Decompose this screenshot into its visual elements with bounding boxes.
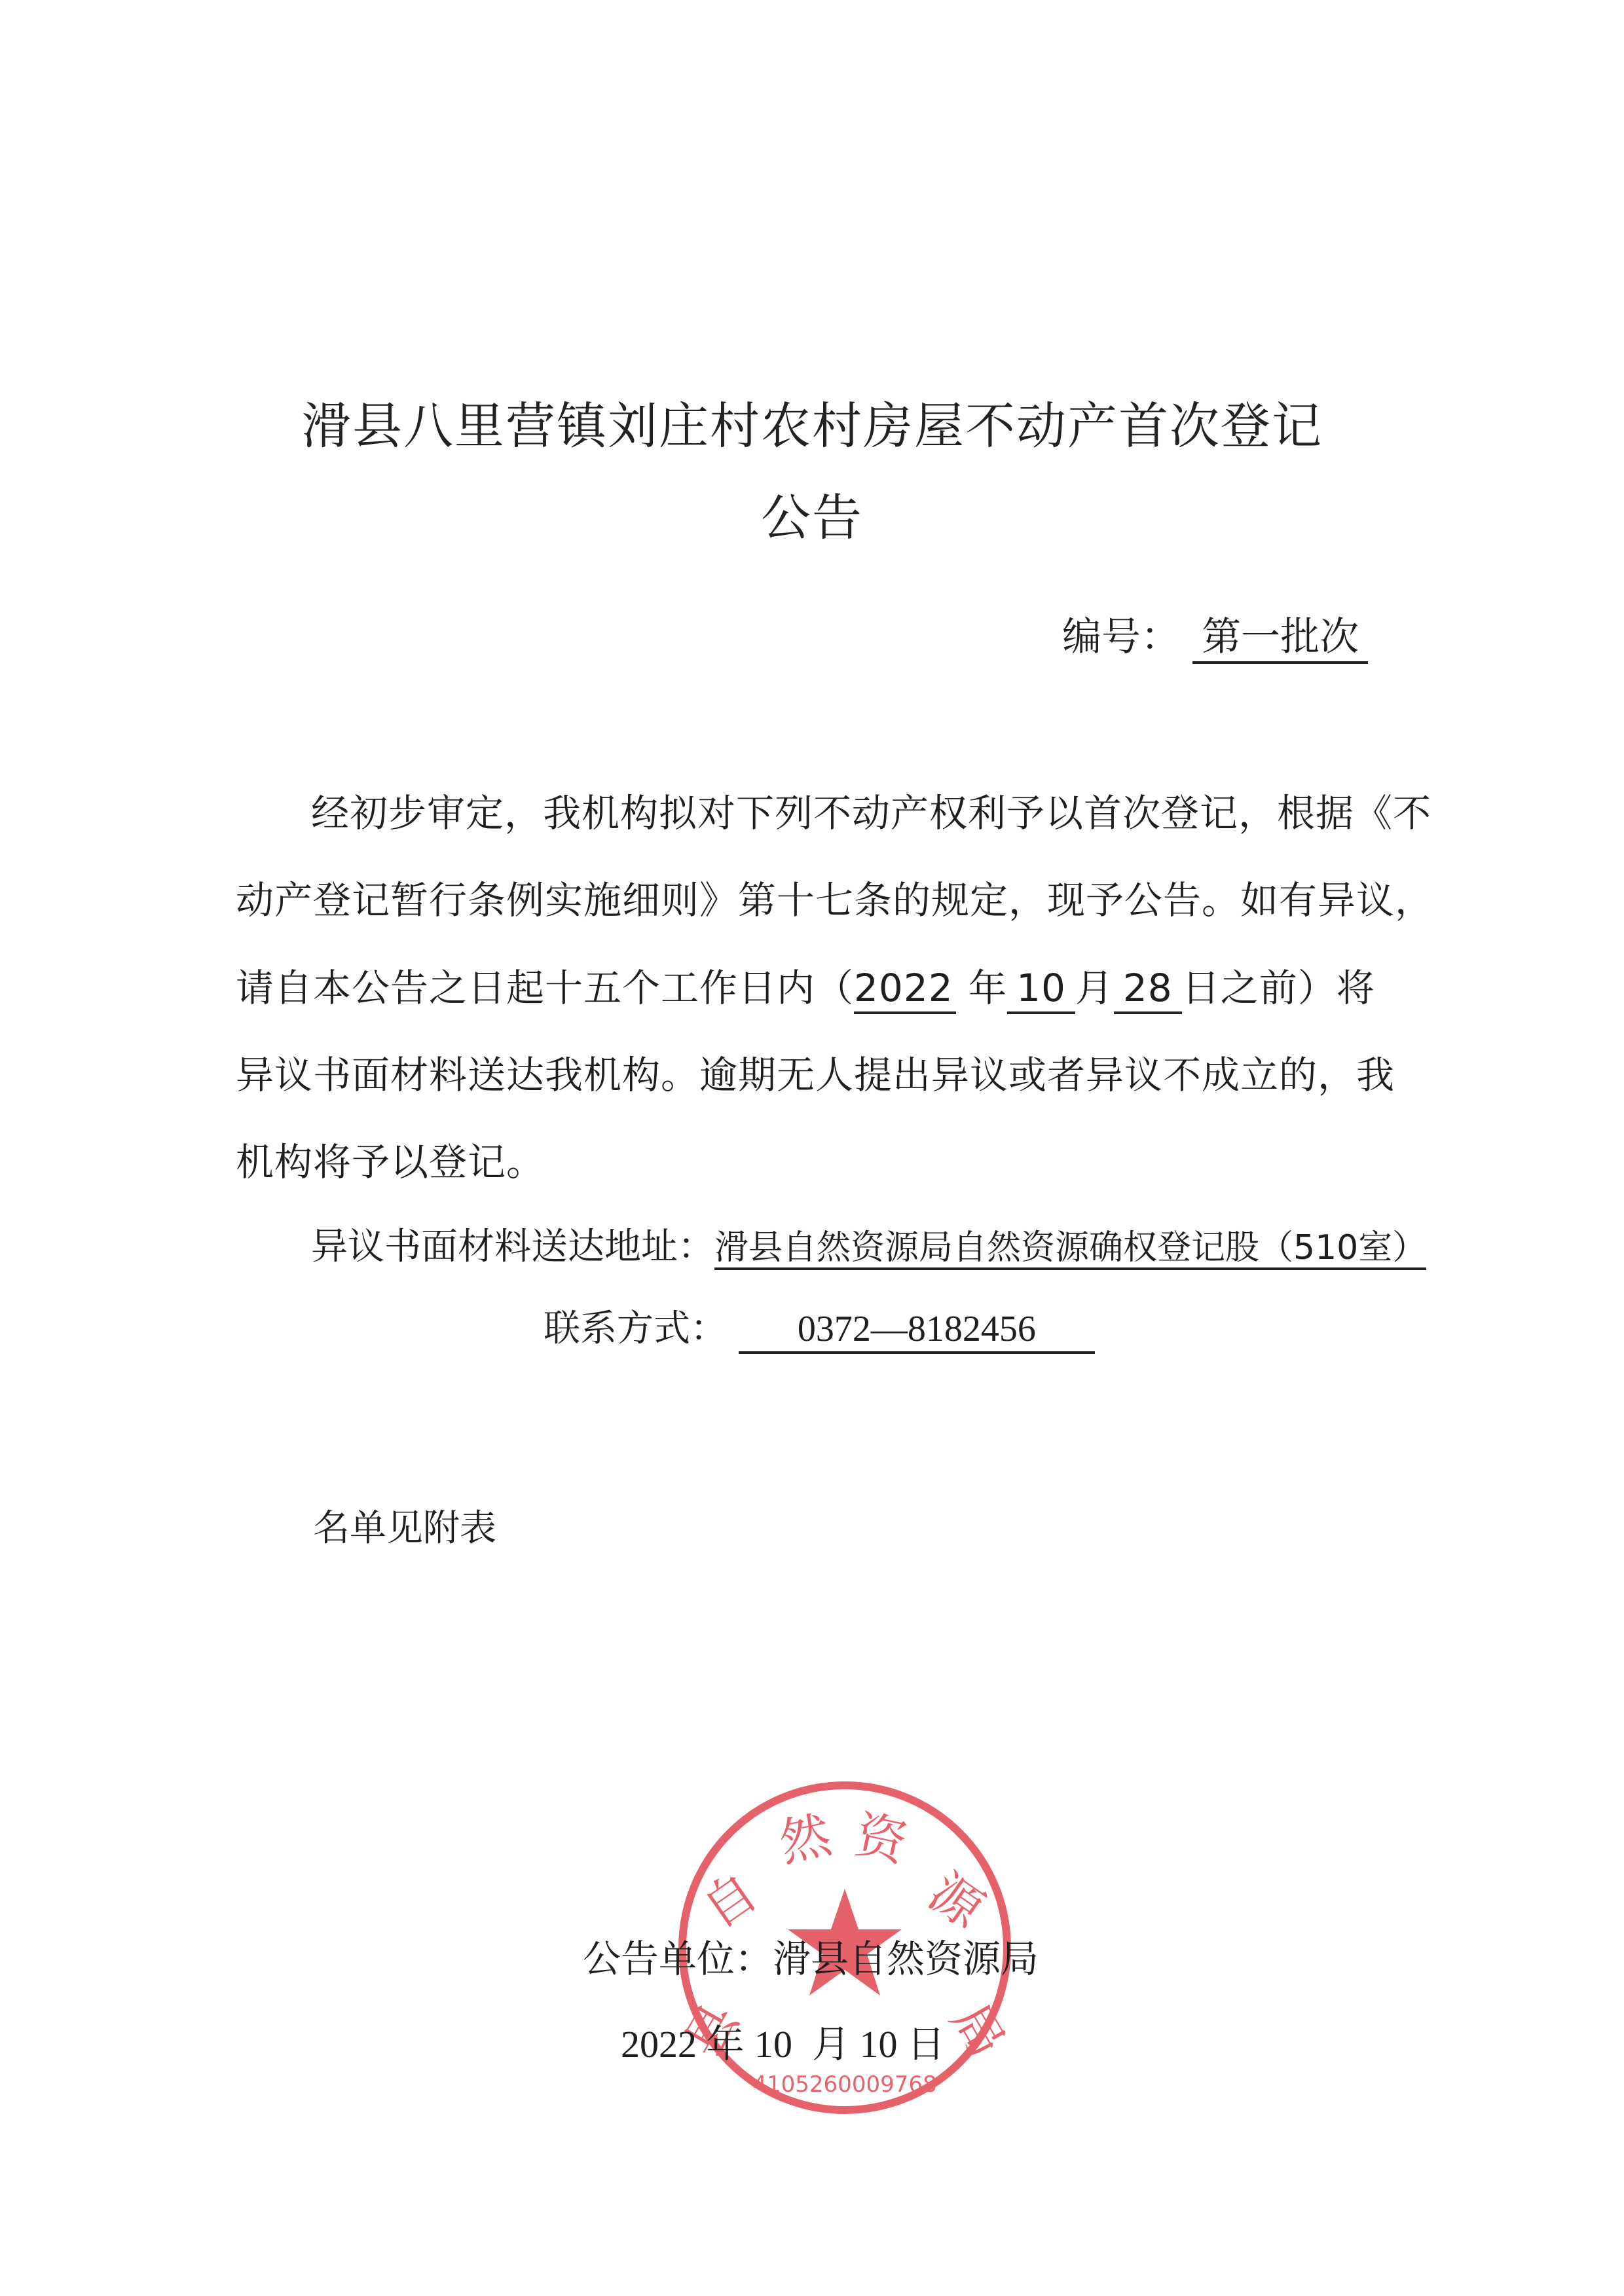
issue-month-unit: 月 [812,2023,850,2066]
deadline-month: 10 [1007,966,1075,1014]
contact-info: 联系方式： 0372—8182456 [544,1300,1095,1354]
year-unit: 年 [969,966,1007,1010]
month-unit: 月 [1075,966,1114,1010]
issuer-value: 滑县自然资源局 [773,1937,1039,1981]
contact-label: 联系方式： [544,1307,727,1350]
deadline-suffix: 日之前）将 [1182,966,1375,1010]
issue-day: 10 [860,2023,898,2066]
attachment-note: 名单见附表 [313,1499,496,1552]
issue-month: 10 [754,2022,793,2066]
document-number: 编号： 第一批次 [1062,606,1368,662]
body-line-1: 经初步审定，我机构拟对下列不动产权利予以首次登记，根据《不 [311,782,1431,837]
issue-day-unit: 日 [907,2023,945,2066]
document-title: 滑县八里营镇刘庄村农村房屋不动产首次登记 [0,386,1624,458]
address-value: 滑县自然资源局自然资源确权登记股（510室） [714,1228,1426,1270]
body-line-5: 机构将予以登记。 [236,1131,545,1186]
issue-year: 2022 [621,2023,697,2066]
objection-address: 异议书面材料送达地址：滑县自然资源局自然资源确权登记股（510室） [311,1218,1426,1270]
svg-text:局: 局 [939,1994,1015,2068]
contact-phone: 0372—8182456 [739,1308,1095,1354]
deadline-year: 2022 [854,966,956,1014]
deadline-prefix: 请自本公告之日起十五个工作日内（ [236,966,854,1010]
address-label: 异议书面材料送达地址： [311,1226,714,1268]
seal-code: 4105260009768 [752,2071,936,2098]
number-label: 编号： [1062,614,1180,660]
issue-date: 2022 年 10 月 10 日 [621,2013,945,2068]
issuer-label: 公告单位： [583,1937,773,1981]
svg-text:然: 然 [774,1805,837,1873]
issue-year-unit: 年 [707,2023,745,2066]
body-line-3: 请自本公告之日起十五个工作日内（2022 年10月28日之前）将 [236,957,1375,1012]
document-subtitle: 公告 [0,478,1624,549]
issuing-unit: 公告单位：滑县自然资源局 [583,1928,1039,1983]
number-value: 第一批次 [1192,614,1368,664]
body-line-4: 异议书面材料送达我机构。逾期无人提出异议或者异议不成立的，我 [236,1044,1395,1099]
body-line-2: 动产登记暂行条例实施细则》第十七条的规定，现予公告。如有异议， [236,869,1433,924]
deadline-day: 28 [1114,966,1182,1014]
svg-text:资: 资 [850,1805,913,1874]
